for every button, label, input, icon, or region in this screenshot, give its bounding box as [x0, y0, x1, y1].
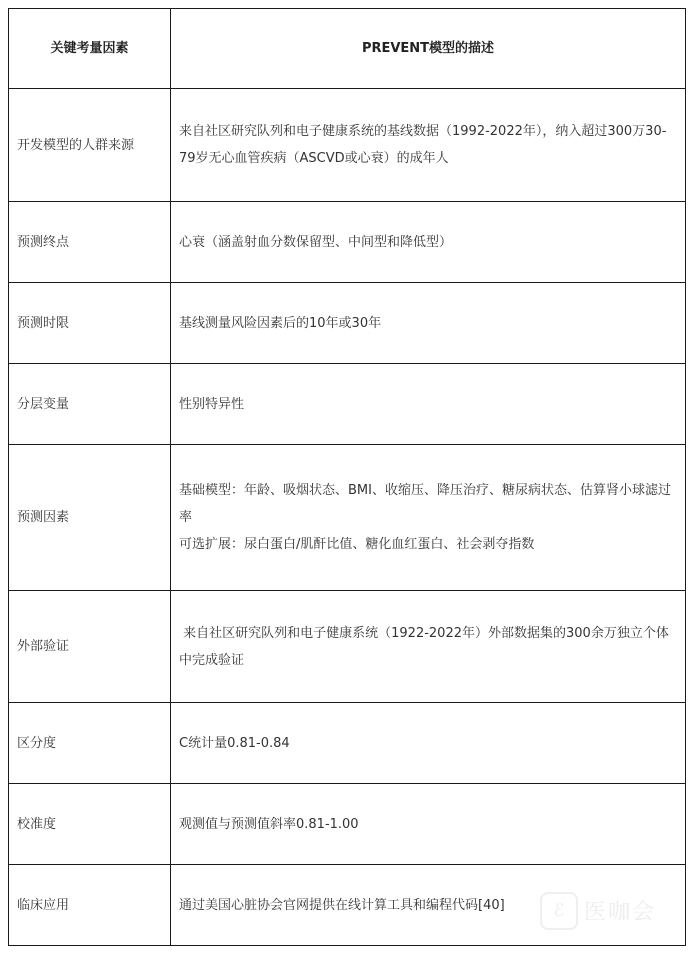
description-cell: 性别特异性 [171, 364, 686, 445]
description-text: 基线测量风险因素后的10年或30年 [179, 310, 677, 337]
table-row: 预测因素 基础模型：年龄、吸烟状态、BMI、收缩压、降压治疗、糖尿病状态、估算肾… [9, 445, 686, 591]
description-text: 来自社区研究队列和电子健康系统的基线数据（1992-2022年），纳入超过300… [179, 118, 677, 172]
table-row: 分层变量 性别特异性 [9, 364, 686, 445]
description-text: 来自社区研究队列和电子健康系统（1922-2022年）外部数据集的300余万独立… [179, 620, 677, 674]
description-cell: 通过美国心脏协会官网提供在线计算工具和编程代码[40] [171, 865, 686, 946]
description-text: 可选扩展：尿白蛋白/肌酐比值、糖化血红蛋白、社会剥夺指数 [179, 531, 677, 558]
factor-cell: 区分度 [9, 703, 171, 784]
description-text: C统计量0.81-0.84 [179, 730, 677, 757]
table-row: 校准度 观测值与预测值斜率0.81-1.00 [9, 784, 686, 865]
description-text: 性别特异性 [179, 391, 677, 418]
description-cell: 心衰（涵盖射血分数保留型、中间型和降低型） [171, 202, 686, 283]
factor-cell: 临床应用 [9, 865, 171, 946]
factor-cell: 校准度 [9, 784, 171, 865]
description-text: 通过美国心脏协会官网提供在线计算工具和编程代码[40] [179, 892, 677, 919]
factor-cell: 分层变量 [9, 364, 171, 445]
description-text: 心衰（涵盖射血分数保留型、中间型和降低型） [179, 229, 677, 256]
table-row: 外部验证 来自社区研究队列和电子健康系统（1922-2022年）外部数据集的30… [9, 591, 686, 703]
table-row: 预测终点 心衰（涵盖射血分数保留型、中间型和降低型） [9, 202, 686, 283]
factor-cell: 预测时限 [9, 283, 171, 364]
description-cell: 基线测量风险因素后的10年或30年 [171, 283, 686, 364]
description-cell: 来自社区研究队列和电子健康系统的基线数据（1992-2022年），纳入超过300… [171, 89, 686, 202]
description-text: 观测值与预测值斜率0.81-1.00 [179, 811, 677, 838]
description-cell: 基础模型：年龄、吸烟状态、BMI、收缩压、降压治疗、糖尿病状态、估算肾小球滤过率… [171, 445, 686, 591]
description-cell: 观测值与预测值斜率0.81-1.00 [171, 784, 686, 865]
table-row: 开发模型的人群来源 来自社区研究队列和电子健康系统的基线数据（1992-2022… [9, 89, 686, 202]
table-row: 临床应用 通过美国心脏协会官网提供在线计算工具和编程代码[40] [9, 865, 686, 946]
header-key-factor: 关键考量因素 [9, 9, 171, 89]
factor-cell: 预测因素 [9, 445, 171, 591]
description-cell: 来自社区研究队列和电子健康系统（1922-2022年）外部数据集的300余万独立… [171, 591, 686, 703]
table-row: 区分度 C统计量0.81-0.84 [9, 703, 686, 784]
table-row: 预测时限 基线测量风险因素后的10年或30年 [9, 283, 686, 364]
factor-cell: 外部验证 [9, 591, 171, 703]
factor-cell: 开发模型的人群来源 [9, 89, 171, 202]
prevent-model-table: 关键考量因素 PREVENT模型的描述 开发模型的人群来源 来自社区研究队列和电… [8, 8, 686, 946]
header-description: PREVENT模型的描述 [171, 9, 686, 89]
factor-cell: 预测终点 [9, 202, 171, 283]
description-text: 基础模型：年龄、吸烟状态、BMI、收缩压、降压治疗、糖尿病状态、估算肾小球滤过率 [179, 477, 677, 531]
table-header-row: 关键考量因素 PREVENT模型的描述 [9, 9, 686, 89]
description-cell: C统计量0.81-0.84 [171, 703, 686, 784]
